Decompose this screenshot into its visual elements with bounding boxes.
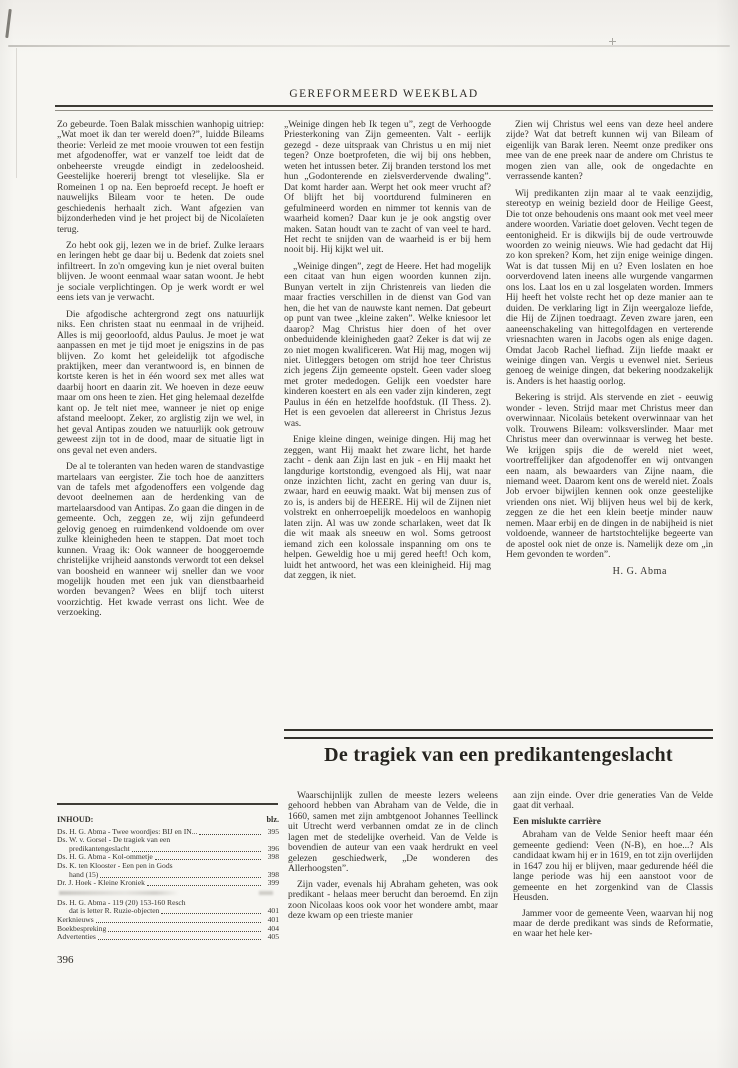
toc-item-faded-print [57, 889, 279, 897]
inhoud-top-rule [57, 803, 278, 805]
paragraph: Abraham van de Velde Senior heeft maar é… [513, 830, 713, 903]
toc-item: Ds. H. G. Abma - 119 (20) 153-160 Resch … [57, 899, 279, 916]
paragraph: Jammer voor de gemeente Veen, waarvan hi… [513, 909, 713, 940]
paragraph: Wij predikanten zijn maar al te vaak een… [506, 189, 713, 388]
toc-leader [161, 913, 261, 914]
article2-top-rule [284, 729, 713, 739]
toc-leader [108, 931, 261, 932]
article2-headline: De tragiek van een predikantengeslacht [284, 744, 713, 767]
paragraph: Bekering is strijd. Als stervende en zie… [506, 393, 713, 560]
toc-item: Ds. W. v. Gorsel - De tragiek van een pr… [57, 836, 279, 853]
paragraph: De al te toleranten van heden waren de s… [57, 462, 264, 619]
toc-leader [98, 939, 261, 940]
toc-leader [199, 834, 261, 835]
toc-item: Ds. K. ten Klooster - Een pen in Gods ha… [57, 862, 279, 879]
masthead-title: GEREFORMEERD WEEKBLAD [55, 88, 713, 100]
masthead-rule [55, 105, 713, 111]
toc-page-label: blz. [266, 816, 279, 825]
toc-title: INHOUD: [57, 816, 93, 825]
table-of-contents: INHOUD: blz. Ds. H. G. Abma - Twee woord… [57, 816, 279, 942]
paragraph: „Weinige dingen”, zegt de Heere. Het had… [284, 262, 491, 429]
article2-column-2: aan zijn einde. Over drie generaties Van… [513, 791, 713, 945]
toc-item: Advertenties 405 [57, 933, 279, 942]
paragraph: Zijn vader, evenals hij Abraham geheten,… [288, 880, 498, 922]
article1-column-3: Zien wij Christus wel eens van deze heel… [506, 120, 713, 577]
paragraph: Zo hebt ook gij, lezen we in de brief. Z… [57, 241, 264, 304]
page-number: 396 [57, 954, 74, 966]
article2-subhead: Een mislukte carrière [513, 817, 713, 827]
paragraph: Die afgodische achtergrond zegt ons natu… [57, 310, 264, 456]
scan-corner-mark [5, 9, 12, 38]
toc-leader [147, 885, 261, 886]
toc-leader [96, 922, 261, 923]
paragraph: „Weinige dingen heb Ik tegen u”, zegt de… [284, 120, 491, 256]
article1-column-1: Zo gebeurde. Toen Balak misschien wanhop… [57, 120, 264, 625]
scanned-newspaper-page: GEREFORMEERD WEEKBLAD Zo gebeurde. Toen … [0, 0, 738, 1068]
author-signature: H. G. Abma [506, 567, 713, 577]
paragraph: Enige kleine dingen, weinige dingen. Hij… [284, 435, 491, 581]
article2-column-1: Waarschijnlijk zullen de meeste lezers w… [288, 791, 498, 926]
toc-item: Dr. J. Hoek - Kleine Kroniek 399 [57, 879, 279, 888]
scan-edge-line [8, 45, 730, 47]
scan-left-edge-line [16, 48, 17, 178]
article1-column-2: „Weinige dingen heb Ik tegen u”, zegt de… [284, 120, 491, 587]
paragraph: Waarschijnlijk zullen de meeste lezers w… [288, 791, 498, 875]
toc-header: INHOUD: blz. [57, 816, 279, 825]
paragraph: Zien wij Christus wel eens van deze heel… [506, 120, 713, 183]
paragraph: Zo gebeurde. Toen Balak misschien wanhop… [57, 120, 264, 235]
paragraph: aan zijn einde. Over drie generaties Van… [513, 791, 713, 812]
scan-registration-mark [609, 38, 616, 45]
